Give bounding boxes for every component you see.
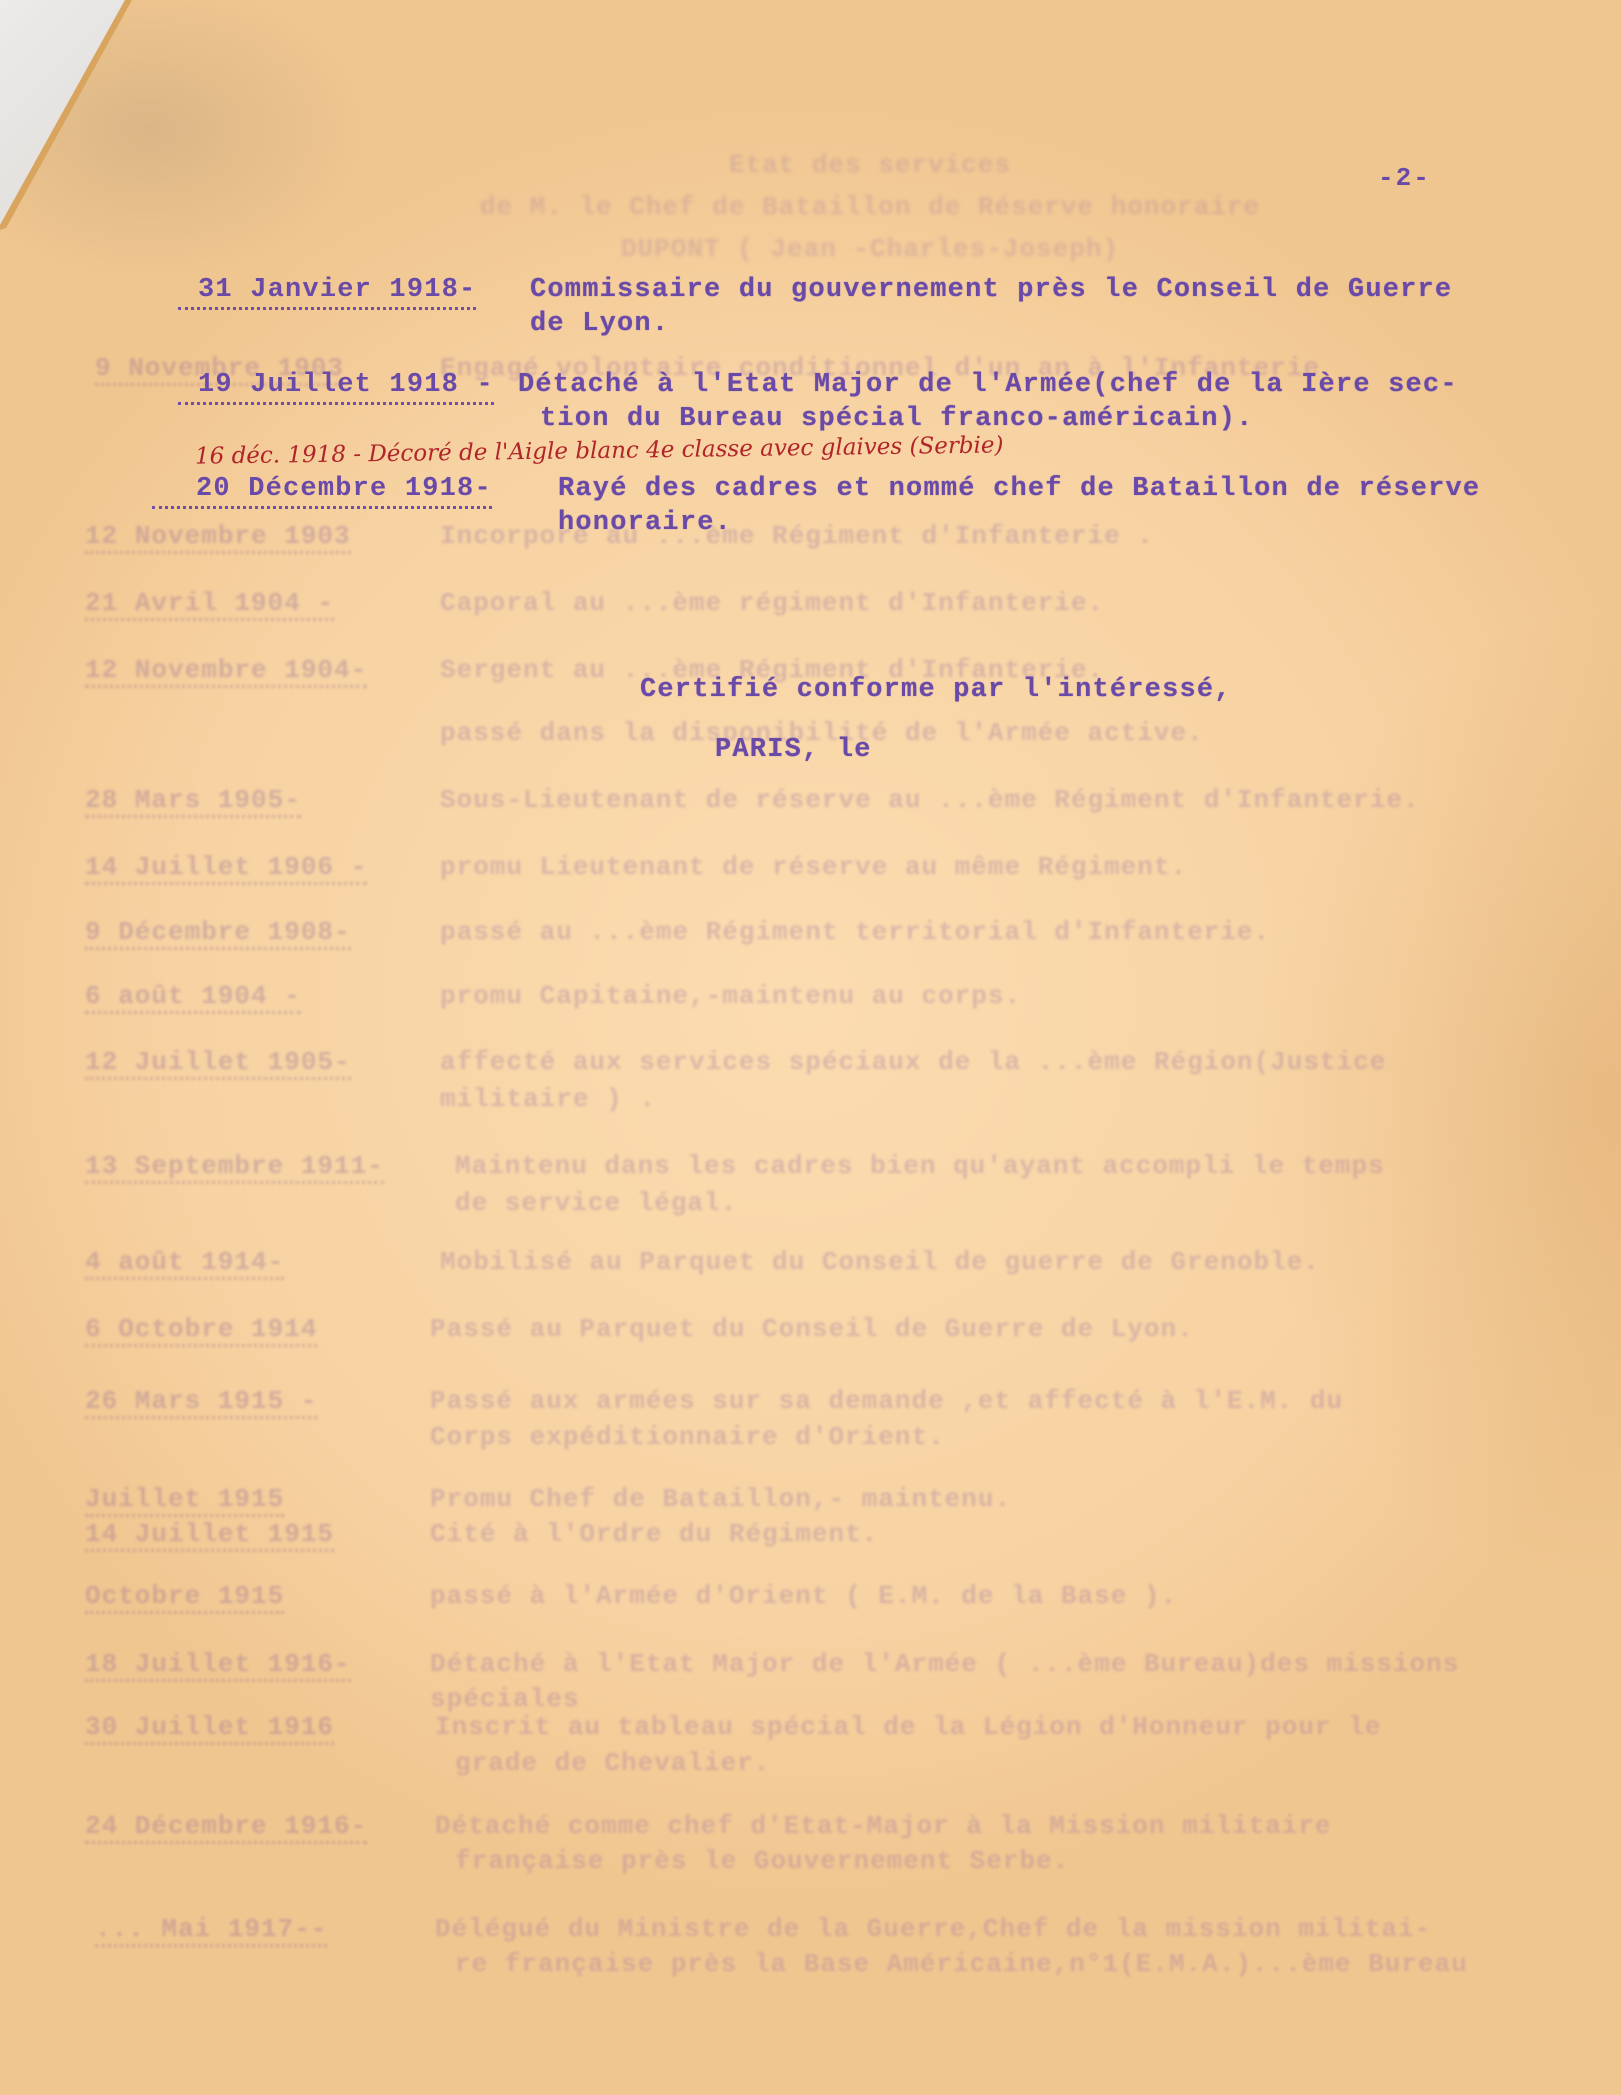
entry-text: Commissaire du gouvernement près le Cons…: [530, 275, 1452, 305]
ghost-text: Sous-Lieutenant de réserve au ...ème Rég…: [440, 785, 1420, 815]
ghost-date: 9 Décembre 1908-: [85, 917, 351, 950]
entry-text: tion du Bureau spécial franco-américain)…: [540, 404, 1254, 434]
ghost-date: 14 Juillet 1915: [85, 1519, 334, 1552]
ghost-text: Incorporé au ...ème Régiment d'Infanteri…: [440, 521, 1154, 551]
ghost-date: 4 août 1914-: [85, 1247, 284, 1280]
ghost-date: 24 Décembre 1916-: [85, 1811, 367, 1844]
ghost-header-line: de M. le Chef de Bataillon de Réserve ho…: [420, 192, 1320, 222]
ghost-date: Juillet 1915: [85, 1484, 284, 1517]
ghost-text: passé à l'Armée d'Orient ( E.M. de la Ba…: [430, 1581, 1177, 1611]
ghost-text: Cité à l'Ordre du Régiment.: [430, 1519, 878, 1549]
ghost-text: passé au ...ème Régiment territorial d'I…: [440, 917, 1270, 947]
ghost-date: 12 Novembre 1903: [85, 521, 351, 554]
ghost-text: Passé au Parquet du Conseil de Guerre de…: [430, 1314, 1194, 1344]
ghost-text: Délégué du Ministre de la Guerre,Chef de…: [435, 1914, 1431, 1944]
ghost-date: ... Mai 1917--: [95, 1914, 327, 1947]
ghost-text: promu Lieutenant de réserve au même Régi…: [440, 852, 1187, 882]
ghost-date: 13 Septembre 1911-: [85, 1151, 384, 1184]
ghost-text: Caporal au ...ème régiment d'Infanterie.: [440, 588, 1104, 618]
ghost-text: grade de Chevalier.: [455, 1748, 770, 1778]
ghost-date: 18 Juillet 1916-: [85, 1649, 351, 1682]
ghost-text: re française près la Base Américaine,n°1…: [455, 1949, 1468, 1979]
ghost-header-line: DUPONT ( Jean -Charles-Joseph): [420, 234, 1320, 264]
ghost-header-line: Etat des services: [420, 150, 1320, 180]
entry-text: honoraire.: [558, 508, 732, 538]
entry-text: Détaché à l'Etat Major de l'Armée(chef d…: [518, 370, 1458, 400]
ghost-text: spéciales: [430, 1684, 579, 1714]
ghost-text: Promu Chef de Bataillon,- maintenu.: [430, 1484, 1011, 1514]
ghost-text: Inscrit au tableau spécial de la Légion …: [435, 1712, 1381, 1742]
ghost-date: 6 août 1904 -: [85, 981, 301, 1014]
entry-text: Rayé des cadres et nommé chef de Bataill…: [558, 474, 1480, 504]
ghost-text: Détaché à l'Etat Major de l'Armée ( ...è…: [430, 1649, 1459, 1679]
ghost-date: 14 Juillet 1906 -: [85, 852, 367, 885]
ghost-date: 12 Novembre 1904-: [85, 655, 367, 688]
ghost-text: Passé aux armées sur sa demande ,et affe…: [430, 1386, 1343, 1416]
ghost-date: 12 Juillet 1905-: [85, 1047, 351, 1080]
ghost-text: Maintenu dans les cadres bien qu'ayant a…: [455, 1151, 1385, 1181]
ghost-text: affecté aux services spéciaux de la ...è…: [440, 1047, 1386, 1077]
ghost-text: française près le Gouvernement Serbe.: [455, 1846, 1069, 1876]
ghost-text: Détaché comme chef d'Etat-Major à la Mis…: [435, 1811, 1332, 1841]
entry-text: de Lyon.: [530, 309, 669, 339]
entry-date: 31 Janvier 1918-: [178, 275, 476, 310]
ghost-text: Corps expéditionnaire d'Orient.: [430, 1422, 945, 1452]
ghost-date: Octobre 1915: [85, 1581, 284, 1614]
ghost-date: 21 Avril 1904 -: [85, 588, 334, 621]
ghost-text: de service légal.: [455, 1188, 737, 1218]
ghost-text: Mobilisé au Parquet du Conseil de guerre…: [440, 1247, 1320, 1277]
certification-text: Certifié conforme par l'intéressé,: [640, 675, 1232, 705]
ghost-text: militaire ) .: [440, 1084, 656, 1114]
page-number: -2-: [1378, 163, 1431, 193]
ghost-date: 26 Mars 1915 -: [85, 1386, 317, 1419]
ghost-date: 28 Mars 1905-: [85, 785, 301, 818]
ghost-text: promu Capitaine,-maintenu au corps.: [440, 981, 1021, 1011]
entry-date: 20 Décembre 1918-: [152, 474, 492, 509]
ghost-date: 6 Octobre 1914: [85, 1314, 317, 1347]
entry-date: 19 Juillet 1918 -: [178, 370, 494, 405]
place-date-line: PARIS, le: [715, 735, 872, 765]
ghost-date: 30 Juillet 1916: [85, 1712, 334, 1745]
